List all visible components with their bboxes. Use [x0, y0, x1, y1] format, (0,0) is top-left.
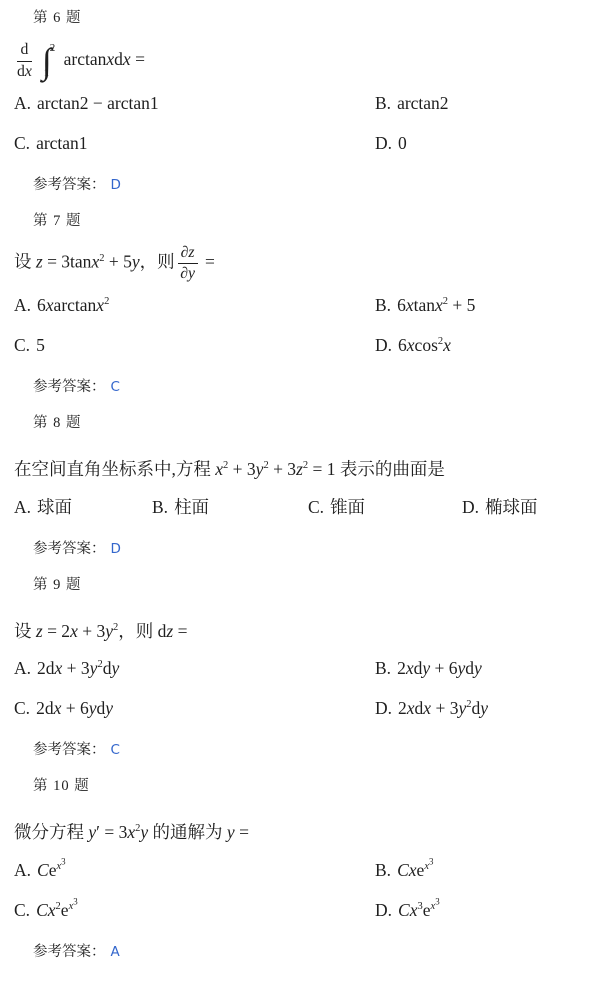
- options-grid: A.arctan2 − arctan1B.arctan2C.arctan1D.0: [14, 91, 598, 155]
- option-A: A.2dx + 3y2dy: [14, 656, 375, 680]
- option-A: A.球面: [14, 495, 152, 519]
- option-letter: C.: [308, 497, 324, 517]
- question-block: 第 7 题 设 z = 3tanx2 + 5y，则∂z∂y = A.6xarct…: [0, 211, 606, 397]
- option-B: B.2xdy + 6ydy: [375, 656, 598, 680]
- option-letter: C.: [14, 698, 30, 718]
- option-C: C.Cx2ex3: [14, 898, 375, 922]
- answer-value: D: [111, 541, 121, 557]
- option-letter: C.: [14, 900, 30, 920]
- question-stem: 设 z = 2x + 3y2，则 dz =: [14, 619, 598, 644]
- option-C: C.5: [14, 333, 375, 357]
- option-math: 椭球面: [485, 497, 538, 517]
- question-stem: 在空间直角坐标系中,方程 x2 + 3y2 + 3z2 = 1 表示的曲面是: [14, 457, 598, 482]
- option-math: 6xcos2x: [398, 335, 451, 355]
- option-math: arctan2: [397, 93, 449, 113]
- option-letter: A.: [14, 860, 31, 880]
- answer-line: 参考答案：C: [33, 377, 606, 397]
- option-D: D.6xcos2x: [375, 333, 598, 357]
- options-grid: A.Cex3B.Cxex3C.Cx2ex3D.Cx3ex3: [14, 858, 598, 922]
- answer-label: 参考答案：: [33, 379, 106, 395]
- question-stem: ddx∫21 arctanxdx =: [14, 41, 598, 81]
- option-letter: B.: [375, 93, 391, 113]
- option-B: B.6xtanx2 + 5: [375, 293, 598, 317]
- question-block: 第 10 题 微分方程 y′ = 3x2y 的通解为 y = A.Cex3B.C…: [0, 776, 606, 962]
- option-C: C.arctan1: [14, 131, 375, 155]
- option-math: 球面: [37, 497, 72, 517]
- question-number: 第 7 题: [33, 211, 606, 231]
- option-D: D.椭球面: [462, 495, 598, 519]
- options-grid: A.2dx + 3y2dyB.2xdy + 6ydyC.2dx + 6ydyD.…: [14, 656, 598, 720]
- option-letter: D.: [375, 698, 392, 718]
- answer-value: C: [111, 742, 120, 758]
- question-stem: 微分方程 y′ = 3x2y 的通解为 y =: [14, 820, 598, 845]
- answer-line: 参考答案：C: [33, 740, 606, 760]
- option-math: 0: [398, 133, 407, 153]
- question-number: 第 8 题: [33, 413, 606, 433]
- question-block: 第 8 题 在空间直角坐标系中,方程 x2 + 3y2 + 3z2 = 1 表示…: [0, 413, 606, 559]
- options-grid: A.6xarctanx2B.6xtanx2 + 5C.5D.6xcos2x: [14, 293, 598, 357]
- answer-value: D: [111, 177, 121, 193]
- option-math: Cex3: [37, 860, 66, 880]
- answer-label: 参考答案：: [33, 944, 106, 960]
- option-D: D.2xdx + 3y2dy: [375, 696, 598, 720]
- option-letter: A.: [14, 497, 31, 517]
- option-A: A.Cex3: [14, 858, 375, 882]
- answer-label: 参考答案：: [33, 177, 106, 193]
- answer-line: 参考答案：D: [33, 175, 606, 195]
- option-math: 6xtanx2 + 5: [397, 295, 475, 315]
- option-letter: B.: [375, 658, 391, 678]
- fraction: ddx: [17, 41, 32, 80]
- option-math: Cx2ex3: [36, 900, 78, 920]
- option-math: 6xarctanx2: [37, 295, 109, 315]
- option-math: arctan2 − arctan1: [37, 93, 159, 113]
- option-letter: A.: [14, 295, 31, 315]
- option-letter: D.: [375, 335, 392, 355]
- option-math: 2xdx + 3y2dy: [398, 698, 488, 718]
- option-letter: C.: [14, 335, 30, 355]
- question-block: 第 9 题 设 z = 2x + 3y2，则 dz = A.2dx + 3y2d…: [0, 575, 606, 761]
- option-D: D.Cx3ex3: [375, 898, 598, 922]
- option-letter: B.: [375, 295, 391, 315]
- option-letter: A.: [14, 93, 31, 113]
- option-math: 锥面: [330, 497, 365, 517]
- option-B: B.Cxex3: [375, 858, 598, 882]
- integral-sign: ∫21: [42, 41, 55, 81]
- option-math: 5: [36, 335, 45, 355]
- options-grid: A.球面B.柱面C.锥面D.椭球面: [14, 495, 598, 519]
- option-C: C.2dx + 6ydy: [14, 696, 375, 720]
- option-letter: D.: [462, 497, 479, 517]
- question-number: 第 6 题: [33, 8, 606, 28]
- option-D: D.0: [375, 131, 598, 155]
- option-letter: B.: [375, 860, 391, 880]
- fraction: ∂z∂y: [178, 244, 198, 283]
- option-math: arctan1: [36, 133, 88, 153]
- option-math: 2xdy + 6ydy: [397, 658, 482, 678]
- option-math: 2dx + 3y2dy: [37, 658, 119, 678]
- answer-line: 参考答案：D: [33, 539, 606, 559]
- exam-document-page: 第 6 题 ddx∫21 arctanxdx = A.arctan2 − arc…: [0, 0, 606, 989]
- answer-value: C: [111, 379, 120, 395]
- option-B: B.柱面: [152, 495, 308, 519]
- option-letter: A.: [14, 658, 31, 678]
- option-A: A.arctan2 − arctan1: [14, 91, 375, 115]
- option-math: Cx3ex3: [398, 900, 440, 920]
- option-math: Cxex3: [397, 860, 433, 880]
- option-math: 2dx + 6ydy: [36, 698, 113, 718]
- question-block: 第 6 题 ddx∫21 arctanxdx = A.arctan2 − arc…: [0, 8, 606, 195]
- question-number: 第 10 题: [33, 776, 606, 796]
- answer-value: A: [111, 944, 120, 960]
- answer-line: 参考答案：A: [33, 942, 606, 962]
- option-math: 柱面: [174, 497, 209, 517]
- option-letter: D.: [375, 900, 392, 920]
- answer-label: 参考答案：: [33, 742, 106, 758]
- option-C: C.锥面: [308, 495, 462, 519]
- option-A: A.6xarctanx2: [14, 293, 375, 317]
- answer-label: 参考答案：: [33, 541, 106, 557]
- option-letter: D.: [375, 133, 392, 153]
- question-stem: 设 z = 3tanx2 + 5y，则∂z∂y =: [14, 244, 598, 283]
- option-letter: C.: [14, 133, 30, 153]
- question-number: 第 9 题: [33, 575, 606, 595]
- option-letter: B.: [152, 497, 168, 517]
- option-B: B.arctan2: [375, 91, 598, 115]
